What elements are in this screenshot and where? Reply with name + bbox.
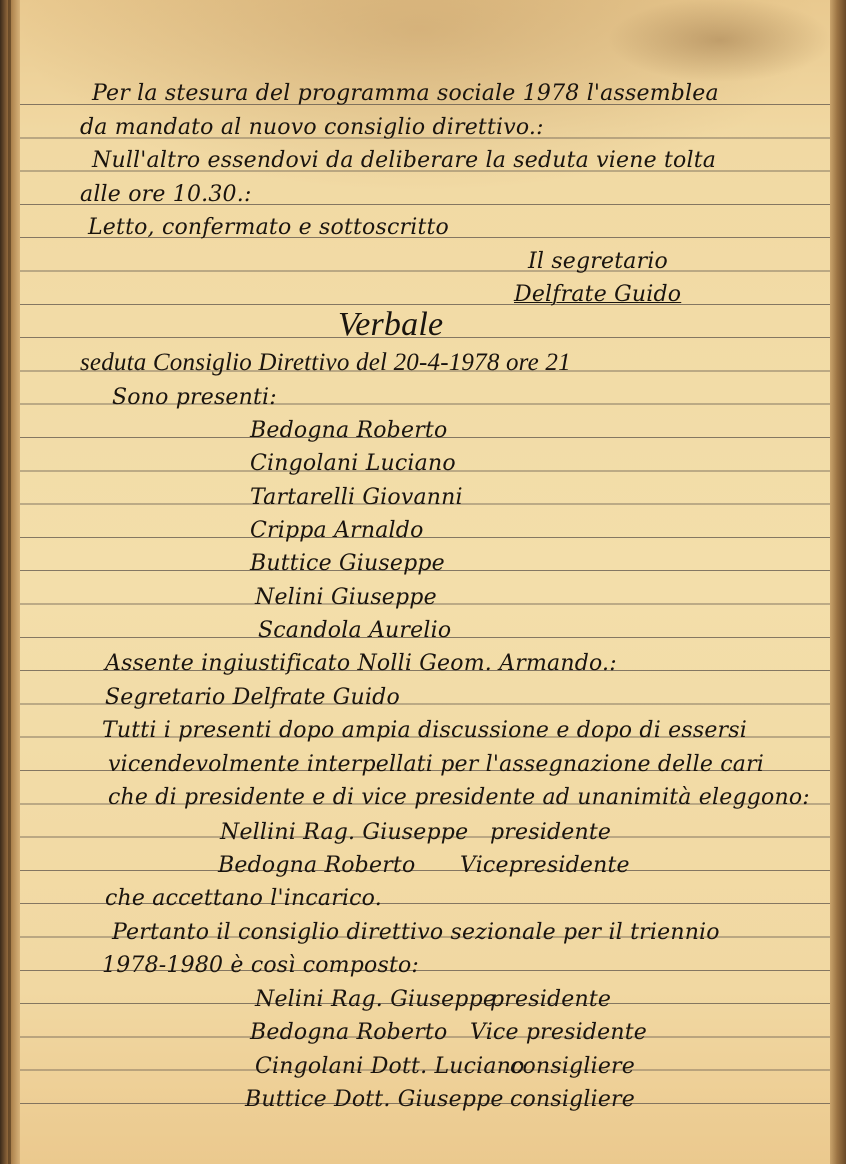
body-line-2: vicendevolmente interpellati per l'asseg…	[108, 754, 764, 776]
prev-line-4: alle ore 10.30.:	[80, 184, 252, 206]
elected-name: Nellini Rag. Giuseppe	[220, 822, 468, 844]
present-member: Cingolani Luciano	[250, 453, 456, 475]
ledger-page: Per la stesura del programma sociale 197…	[0, 0, 846, 1164]
prev-line-1: Per la stesura del programma sociale 197…	[92, 83, 719, 105]
prev-line-2: da mandato al nuovo consiglio direttivo.…	[80, 117, 544, 139]
composition-line-2: 1978-1980 è così composto:	[102, 955, 419, 977]
elected-role: presidente	[490, 822, 611, 844]
prev-line-5: Letto, confermato e sottoscritto	[88, 217, 449, 239]
present-member: Buttice Giuseppe	[250, 553, 445, 575]
council-member-name: Buttice Dott. Giuseppe	[245, 1089, 504, 1111]
elected-name: Bedogna Roberto	[218, 855, 415, 877]
council-member-role: presidente	[490, 989, 611, 1011]
handwriting: Per la stesura del programma sociale 197…	[0, 0, 846, 1164]
council-member-name: Bedogna Roberto	[250, 1022, 447, 1044]
minutes-heading: seduta Consiglio Direttivo del 20-4-1978…	[80, 350, 571, 375]
present-member: Crippa Arnaldo	[250, 520, 424, 542]
elected-role: Vicepresidente	[460, 855, 630, 877]
secretary-line: Segretario Delfrate Guido	[105, 687, 400, 709]
council-member-role: consigliere	[510, 1056, 635, 1078]
council-member-role: Vice presidente	[470, 1022, 647, 1044]
council-member-name: Cingolani Dott. Luciano	[255, 1056, 525, 1078]
absent-line: Assente ingiustificato Nolli Geom. Arman…	[105, 653, 617, 675]
present-member: Bedogna Roberto	[250, 420, 447, 442]
present-label: Sono presenti:	[112, 387, 277, 409]
present-member: Tartarelli Giovanni	[250, 487, 463, 509]
minutes-title: Verbale	[338, 308, 443, 342]
acceptance-line: che accettano l'incarico.	[105, 888, 382, 910]
present-member: Nelini Giuseppe	[255, 587, 437, 609]
composition-line-1: Pertanto il consiglio direttivo sezional…	[112, 922, 720, 944]
council-member-role: consigliere	[510, 1089, 635, 1111]
body-line-1: Tutti i presenti dopo ampia discussione …	[102, 720, 747, 742]
prev-line-3: Null'altro essendovi da deliberare la se…	[92, 150, 716, 172]
present-member: Scandola Aurelio	[258, 620, 451, 642]
council-member-name: Nelini Rag. Giuseppe	[255, 989, 496, 1011]
signature: Delfrate Guido	[514, 284, 681, 306]
signature-label: Il segretario	[528, 251, 668, 273]
body-line-3: che di presidente e di vice presidente a…	[108, 787, 810, 809]
